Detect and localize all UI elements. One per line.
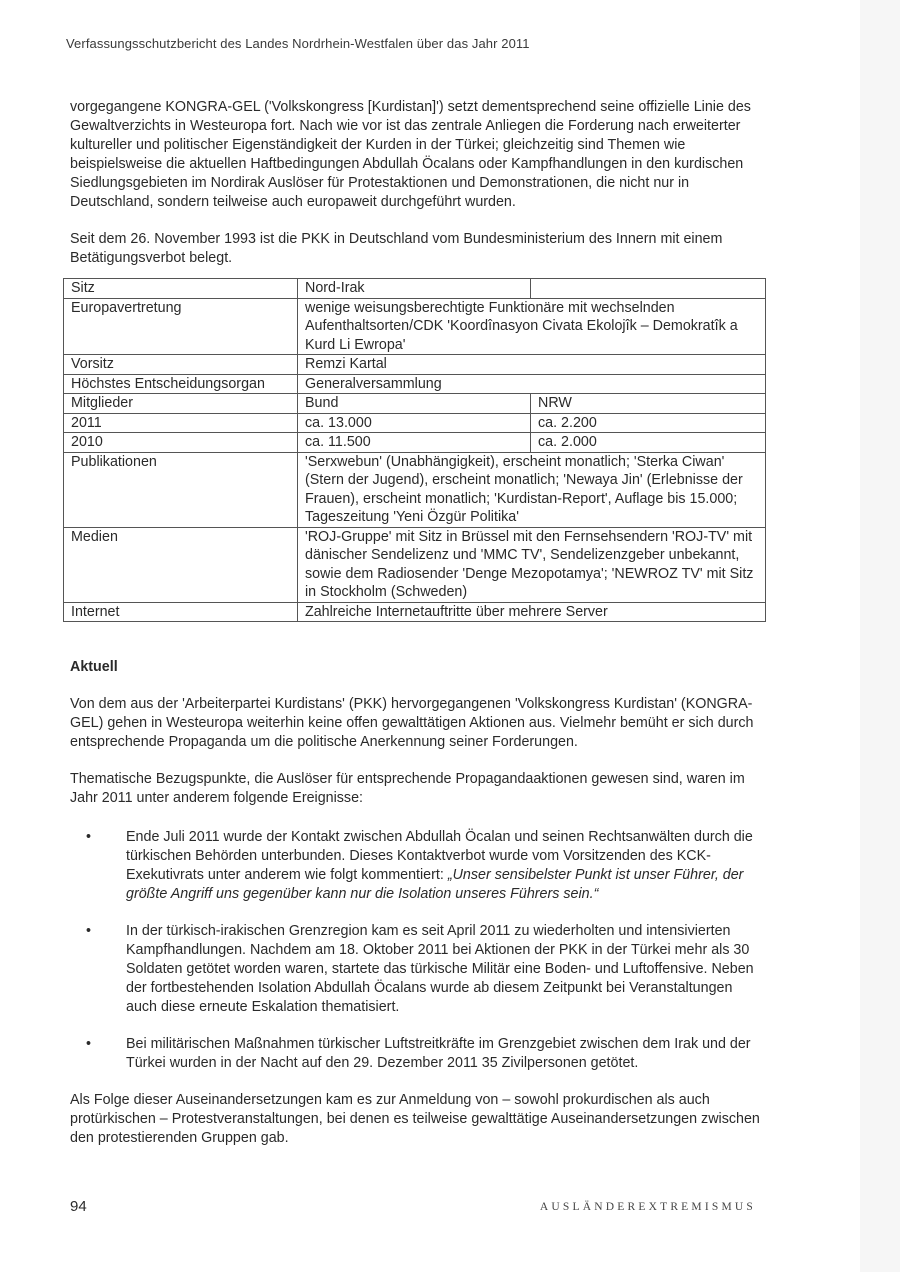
row-value: 'ROJ-Gruppe' mit Sitz in Brüssel mit den… bbox=[298, 527, 766, 602]
list-item: • Ende Juli 2011 wurde der Kontakt zwisc… bbox=[70, 828, 760, 904]
column-header-nrw: NRW bbox=[531, 394, 766, 414]
table-row: 2011 ca. 13.000 ca. 2.200 bbox=[64, 413, 766, 433]
row-label: 2011 bbox=[64, 413, 298, 433]
row-label: Internet bbox=[64, 602, 298, 622]
row-value: Zahlreiche Internetauftritte über mehrer… bbox=[298, 602, 766, 622]
events-list: • Ende Juli 2011 wurde der Kontakt zwisc… bbox=[70, 828, 760, 1073]
table-row: Vorsitz Remzi Kartal bbox=[64, 355, 766, 375]
table-row: 2010 ca. 11.500 ca. 2.000 bbox=[64, 433, 766, 453]
row-label: Mitglieder bbox=[64, 394, 298, 414]
ban-paragraph: Seit dem 26. November 1993 ist die PKK i… bbox=[70, 230, 760, 268]
section-heading: Aktuell bbox=[70, 658, 760, 677]
list-item: • In der türkisch-irakischen Grenzregion… bbox=[70, 922, 760, 1017]
row-label: Publikationen bbox=[64, 452, 298, 527]
row-value: wenige weisungsberechtigte Funktionäre m… bbox=[298, 298, 766, 355]
bullet-icon: • bbox=[86, 922, 91, 941]
bullet-icon: • bbox=[86, 1035, 91, 1054]
intro-paragraph: vorgegangene KONGRA-GEL ('Volkskongress … bbox=[70, 98, 760, 212]
table-row: Europavertretung wenige weisungsberechti… bbox=[64, 298, 766, 355]
aktuell-paragraph: Von dem aus der 'Arbeiterpartei Kurdista… bbox=[70, 695, 760, 752]
row-label: Medien bbox=[64, 527, 298, 602]
closing-paragraph: Als Folge dieser Auseinandersetzungen ka… bbox=[70, 1091, 760, 1148]
page-number: 94 bbox=[70, 1198, 87, 1215]
column-header-bund: Bund bbox=[298, 394, 531, 414]
row-label: 2010 bbox=[64, 433, 298, 453]
events-intro-paragraph: Thematische Bezugspunkte, die Auslöser f… bbox=[70, 770, 760, 808]
row-value-nrw: ca. 2.000 bbox=[531, 433, 766, 453]
page-body: vorgegangene KONGRA-GEL ('Volkskongress … bbox=[70, 98, 760, 1166]
row-label: Vorsitz bbox=[64, 355, 298, 375]
row-value: Remzi Kartal bbox=[298, 355, 766, 375]
row-value-nrw: ca. 2.200 bbox=[531, 413, 766, 433]
table-row: Mitglieder Bund NRW bbox=[64, 394, 766, 414]
row-extra bbox=[531, 279, 766, 299]
list-item-text: Bei militärischen Maßnahmen türkischer L… bbox=[126, 1036, 751, 1071]
list-item-text: In der türkisch-irakischen Grenzregion k… bbox=[126, 923, 754, 1015]
table-row: Publikationen 'Serxwebun' (Unabhängigkei… bbox=[64, 452, 766, 527]
page-edge-shade bbox=[860, 0, 900, 1272]
list-item: • Bei militärischen Maßnahmen türkischer… bbox=[70, 1035, 760, 1073]
row-label: Höchstes Entscheidungsorgan bbox=[64, 374, 298, 394]
row-value-bund: ca. 13.000 bbox=[298, 413, 531, 433]
row-value-bund: ca. 11.500 bbox=[298, 433, 531, 453]
row-label: Sitz bbox=[64, 279, 298, 299]
row-label: Europavertretung bbox=[64, 298, 298, 355]
bullet-icon: • bbox=[86, 828, 91, 847]
table-row: Medien 'ROJ-Gruppe' mit Sitz in Brüssel … bbox=[64, 527, 766, 602]
row-value: Nord-Irak bbox=[298, 279, 531, 299]
table-row: Höchstes Entscheidungsorgan Generalversa… bbox=[64, 374, 766, 394]
footer-section-title: AUSLÄNDEREXTREMISMUS bbox=[540, 1201, 756, 1213]
organization-profile-table: Sitz Nord-Irak Europavertretung wenige w… bbox=[63, 278, 766, 622]
running-header: Verfassungsschutzbericht des Landes Nord… bbox=[66, 36, 530, 51]
table-row: Internet Zahlreiche Internetauftritte üb… bbox=[64, 602, 766, 622]
row-value: 'Serxwebun' (Unabhängigkeit), erscheint … bbox=[298, 452, 766, 527]
row-value: Generalversammlung bbox=[298, 374, 766, 394]
table-row: Sitz Nord-Irak bbox=[64, 279, 766, 299]
